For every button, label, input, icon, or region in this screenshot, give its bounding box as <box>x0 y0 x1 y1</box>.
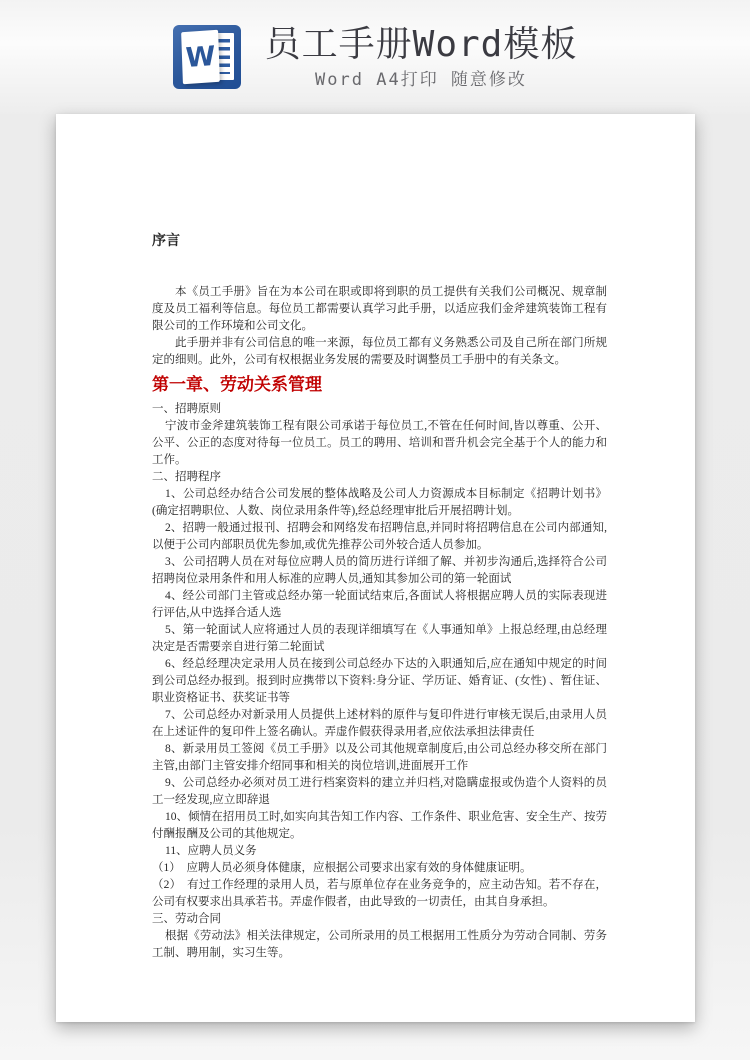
paragraph: 此手册并非有公司信息的唯一来源，每位员工都有义务熟悉公司及自己所在部门所规定的细… <box>152 335 607 369</box>
template-subtitle: Word A4打印 随意修改 <box>315 69 527 91</box>
paragraph: 本《员工手册》旨在为本公司在职或即将到职的员工提供有关我们公司概况、规章制度及员… <box>152 284 607 335</box>
word-letter: W <box>185 42 216 71</box>
paragraph: 根据《劳动法》相关法律规定，公司所录用的员工根据用工性质分为劳动合同制、劳务工制… <box>152 928 607 962</box>
paragraph: 1、公司总经办结合公司发展的整体战略及公司人力资源成本目标制定《招聘计划书》(确… <box>152 486 607 520</box>
paragraph: 4、经公司部门主管或总经办第一轮面试结束后,各面试人将根据应聘人员的实际表现进行… <box>152 588 607 622</box>
paragraph: 9、公司总经办必须对员工进行档案资料的建立并归档,对隐瞒虚报或伪造个人资料的员工… <box>152 775 607 809</box>
document-body: 序言本《员工手册》旨在为本公司在职或即将到职的员工提供有关我们公司概况、规章制度… <box>152 233 607 962</box>
paragraph: 宁波市金斧建筑装饰工程有限公司承诺于每位员工,不管在任何时间,皆以尊重、公开、公… <box>152 418 607 469</box>
paragraph: 2、招聘一般通过报刊、招聘会和网络发布招聘信息,并同时将招聘信息在公司内部通知,… <box>152 520 607 554</box>
section-label: 二、招聘程序 <box>152 469 607 486</box>
chapter-heading: 第一章、劳动关系管理 <box>152 373 607 396</box>
paragraph: 11、应聘人员义务 <box>152 843 607 860</box>
paragraph: 7、公司总经办对新录用人员提供上述材料的原件与复印件进行审核无误后,由录用人员在… <box>152 707 607 741</box>
word-app-icon: W <box>173 25 241 89</box>
word-w-icon: W <box>181 30 220 85</box>
header-text-block: 员工手册Word模板 Word A4打印 随意修改 <box>265 23 578 91</box>
paragraph: （1） 应聘人员必须身体健康，应根据公司要求出家有效的身体健康证明。 <box>152 860 607 877</box>
paragraph: （2） 有过工作经理的录用人员，若与原单位存在业务竞争的，应主动告知。若不存在，… <box>152 877 607 911</box>
section-label: 一、招聘原则 <box>152 401 607 418</box>
paragraph: 5、第一轮面试人应将通过人员的表现详细填写在《人事通知单》上报总经理,由总经理决… <box>152 622 607 656</box>
paragraph: 6、经总经理决定录用人员在接到公司总经办下达的入职通知后,应在通知中规定的时间到… <box>152 656 607 707</box>
paragraph: 10、倾情在招用员工时,如实向其告知工作内容、工作条件、职业危害、安全生产、按劳… <box>152 809 607 843</box>
paragraph: 8、新录用员工签阅《员工手册》以及公司其他规章制度后,由公司总经办移交所在部门主… <box>152 741 607 775</box>
document-page-preview: 序言本《员工手册》旨在为本公司在职或即将到职的员工提供有关我们公司概况、规章制度… <box>56 114 695 1022</box>
preface-heading: 序言 <box>152 233 607 250</box>
section-label: 三、劳动合同 <box>152 911 607 928</box>
paragraph: 3、公司招聘人员在对每位应聘人员的简历进行详细了解、并初步沟通后,选择符合公司招… <box>152 554 607 588</box>
template-header: W 员工手册Word模板 Word A4打印 随意修改 <box>0 0 750 114</box>
template-title: 员工手册Word模板 <box>265 23 578 67</box>
